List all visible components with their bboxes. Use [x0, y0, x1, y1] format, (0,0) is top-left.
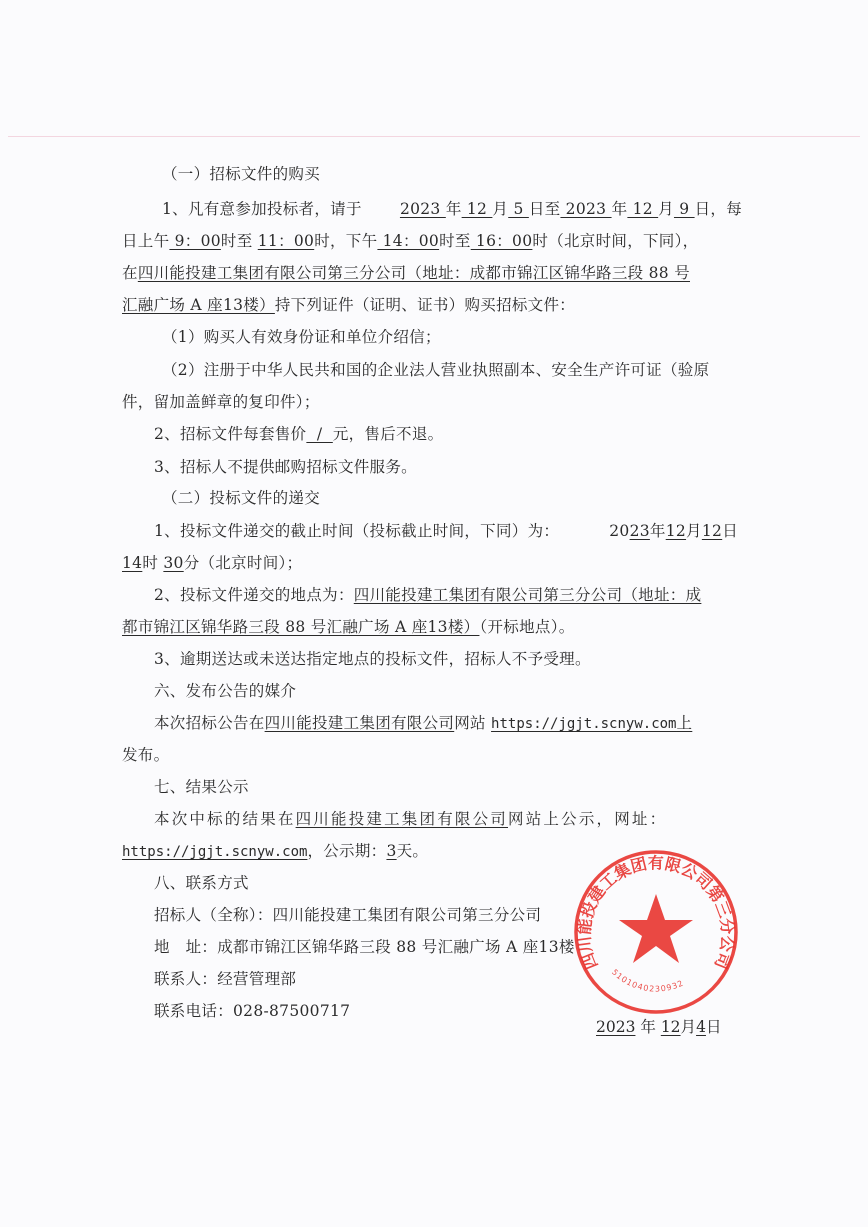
- purchase-sub-2-line-1: （2）注册于中华人民共和国的企业法人营业执照副本、安全生产许可证（验原: [162, 360, 782, 380]
- deadline-month: 12: [666, 522, 686, 540]
- media-line-1: 本次招标公告在四川能投建工集团有限公司网站 https://jgjt.scnyw…: [154, 713, 774, 734]
- end-year: 2023: [560, 200, 611, 218]
- purchase-location-continued: 汇融广场 A 座13楼）: [122, 296, 275, 314]
- purchase-item-1-line-4: 汇融广场 A 座13楼）持下列证件（证明、证书）购买招标文件：: [122, 295, 742, 315]
- submission-item-1-line-2: 14时 30分（北京时间）；: [122, 553, 742, 573]
- media-url-link[interactable]: https://jgjt.scnyw.com: [491, 716, 676, 732]
- section-heading-purchase: （一）招标文件的购买: [162, 164, 782, 184]
- deadline-minute: 30: [163, 554, 183, 572]
- section-heading-result: 七、结果公示: [154, 777, 774, 797]
- start-year: 2023: [400, 200, 446, 218]
- submission-item-3: 3、逾期送达或未送达指定地点的投标文件，招标人不予受理。: [154, 649, 774, 669]
- company-seal-icon: 四川能投建工集团有限公司第三分公司 5101040230932: [572, 848, 740, 1016]
- document-page: （一）招标文件的购买 1、凡有意参加投标者，请于 2023 年 12 月 5 日…: [0, 0, 868, 1227]
- am-start-time: 9：00: [169, 232, 221, 250]
- submission-location-continued: 都市锦江区锦华路三段 88 号汇融广场 A 座13楼）: [122, 618, 479, 636]
- submission-item-1-line-1: 1、投标文件递交的截止时间（投标截止时间，下同）为： 2023年12月12日: [154, 521, 738, 541]
- svg-text:5101040230932: 5101040230932: [610, 968, 685, 994]
- section-heading-media: 六、发布公告的媒介: [154, 681, 774, 701]
- purchase-sub-1: （1）购买人有效身份证和单位介绍信；: [162, 327, 782, 347]
- result-line-1: 本次中标的结果在四川能投建工集团有限公司网站上公示，网址：: [154, 809, 774, 829]
- am-end-time: 11：00: [258, 232, 314, 250]
- purchase-item-2: 2、招标文件每套售价 / 元，售后不退。: [154, 424, 774, 444]
- submission-location: 四川能投建工集团有限公司第三分公司（地址：成: [354, 586, 702, 604]
- media-company: 四川能投建工集团有限公司: [265, 714, 455, 732]
- purchase-item-1-line-2: 日上午 9：00时至 11：00时，下午 14：00时至 16：00时（北京时间…: [122, 231, 742, 251]
- scan-edge-line: [8, 136, 860, 137]
- submission-item-2-line-1: 2、投标文件递交的地点为：四川能投建工集团有限公司第三分公司（地址：成: [154, 585, 774, 605]
- document-date: 2023 年 12月4日: [596, 1017, 721, 1037]
- start-month: 12: [462, 200, 493, 218]
- publicity-period: 3: [386, 842, 396, 860]
- purchase-item-1-line-3: 在四川能投建工集团有限公司第三分公司（地址：成都市锦江区锦华路三段 88 号: [122, 263, 742, 283]
- purchase-item-1-line-1: 1、凡有意参加投标者，请于 2023 年 12 月 5 日至 2023 年 12…: [162, 199, 742, 219]
- document-price: /: [306, 425, 332, 443]
- purchase-location: 四川能投建工集团有限公司第三分公司（地址：成都市锦江区锦华路三段 88 号: [138, 264, 690, 282]
- result-company: 四川能投建工集团有限公司: [296, 810, 508, 828]
- media-line-2: 发布。: [122, 745, 742, 765]
- submission-item-2-line-2: 都市锦江区锦华路三段 88 号汇融广场 A 座13楼）（开标地点）。: [122, 617, 742, 637]
- purchase-sub-2-line-2: 件，留加盖鲜章的复印件）；: [122, 392, 742, 412]
- pm-start-time: 14：00: [377, 232, 439, 250]
- deadline-day: 12: [702, 522, 722, 540]
- end-month: 12: [627, 200, 658, 218]
- seal-code: 5101040230932: [610, 968, 685, 994]
- start-day: 5: [508, 200, 529, 218]
- end-day: 9: [674, 200, 695, 218]
- pm-end-time: 16：00: [471, 232, 533, 250]
- section-heading-submission: （二）投标文件的递交: [162, 488, 782, 508]
- result-url-link[interactable]: https://jgjt.scnyw.com: [122, 844, 307, 860]
- purchase-item-3: 3、招标人不提供邮购招标文件服务。: [154, 457, 774, 477]
- deadline-hour: 14: [122, 554, 142, 572]
